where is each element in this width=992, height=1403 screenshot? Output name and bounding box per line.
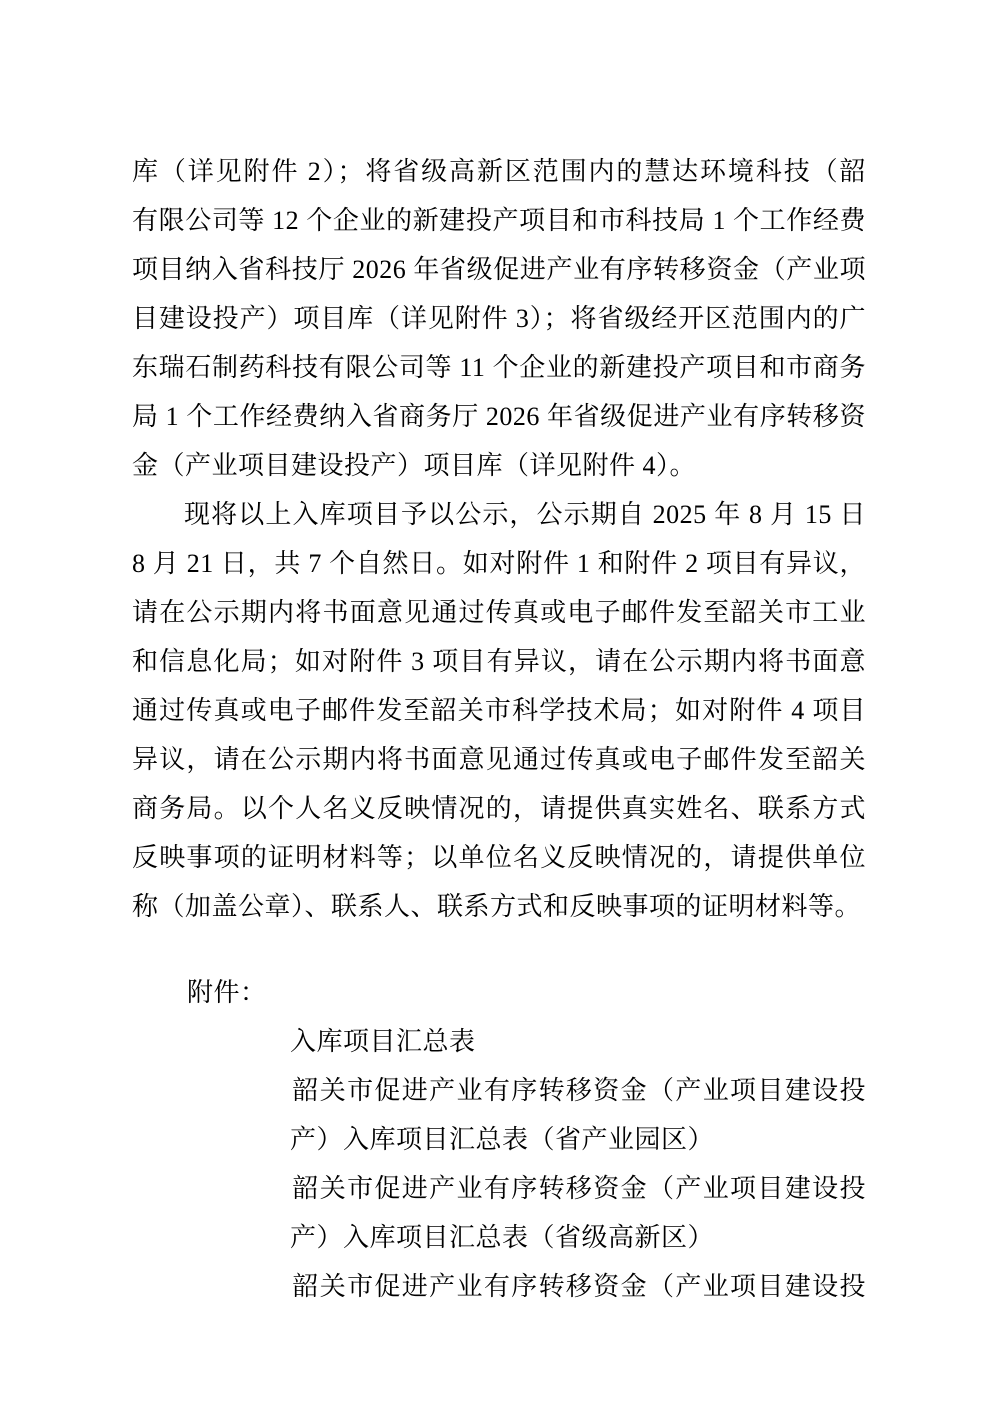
attachment-item-2: 2.韶关市促进产业有序转移资金（产业项目建设投 产）入库项目汇总表（省产业园区） xyxy=(290,1066,866,1164)
text-line: 产）入库项目汇总表（省级高新区） xyxy=(290,1213,866,1262)
text-line: 异议，请在公示期内将书面意见通过传真或电子邮件发至韶关市 xyxy=(132,735,866,784)
text-line: 库（详见附件 2）；将省级高新区范围内的慧达环境科技（韶关） xyxy=(132,147,866,196)
text-line: 东瑞石制药科技有限公司等 11 个企业的新建投产项目和市商务 xyxy=(132,343,866,392)
text-line: 4.韶关市促进产业有序转移资金（产业项目建设投 xyxy=(290,1262,866,1311)
document-page: 库（详见附件 2）；将省级高新区范围内的慧达环境科技（韶关） 有限公司等 12 … xyxy=(0,0,992,1403)
text-line: 局 1 个工作经费纳入省商务厅 2026 年省级促进产业有序转移资 xyxy=(132,392,866,441)
attachment-text: 韶关市促进产业有序转移资金（产业项目建设投 xyxy=(292,1174,867,1203)
attachment-list: 附件： 1.韶关市促进产业有序转移资金（主平台融资奖励） 入库项目汇总表 2.韶… xyxy=(132,968,866,1311)
text-line: 有限公司等 12 个企业的新建投产项目和市科技局 1 个工作经费 xyxy=(132,196,866,245)
paragraph-public-notice: 现将以上入库项目予以公示，公示期自 2025 年 8 月 15 日至 8 月 2… xyxy=(132,490,866,931)
attachment-item-4: 4.韶关市促进产业有序转移资金（产业项目建设投 xyxy=(290,1262,866,1311)
attachment-number: 1. xyxy=(290,978,292,1007)
attachment-label: 附件： xyxy=(187,968,267,1017)
text-line: 请在公示期内将书面意见通过传真或电子邮件发至韶关市工业 xyxy=(132,588,866,637)
text-line: 入库项目汇总表 xyxy=(290,1017,866,1066)
attachment-text: 韶关市促进产业有序转移资金（产业项目建设投 xyxy=(292,1076,867,1105)
attachment-text: 韶关市促进产业有序转移资金（产业项目建设投 xyxy=(292,1272,867,1301)
attachment-item-3: 3.韶关市促进产业有序转移资金（产业项目建设投 产）入库项目汇总表（省级高新区） xyxy=(290,1164,866,1262)
text-line: 目建设投产）项目库（详见附件 3）；将省级经开区范围内的广 xyxy=(132,294,866,343)
text-line: 8 月 21 日，共 7 个自然日。如对附件 1 和附件 2 项目有异议， xyxy=(132,539,866,588)
document-content: 库（详见附件 2）；将省级高新区范围内的慧达环境科技（韶关） 有限公司等 12 … xyxy=(132,147,866,1311)
text-line: 项目纳入省科技厅 2026 年省级促进产业有序转移资金（产业项 xyxy=(132,245,866,294)
text-line: 称（加盖公章）、联系人、联系方式和反映事项的证明材料等。 xyxy=(132,882,866,931)
text-line: 反映事项的证明材料等；以单位名义反映情况的，请提供单位名 xyxy=(132,833,866,882)
attachment-item-1: 1.韶关市促进产业有序转移资金（主平台融资奖励） 入库项目汇总表 xyxy=(290,968,866,1066)
text-line: 商务局。以个人名义反映情况的，请提供真实姓名、联系方式和 xyxy=(132,784,866,833)
text-line: 通过传真或电子邮件发至韶关市科学技术局；如对附件 4 项目有 xyxy=(132,686,866,735)
text-line: 产）入库项目汇总表（省产业园区） xyxy=(290,1115,866,1164)
text-line: 和信息化局；如对附件 3 项目有异议，请在公示期内将书面意见 xyxy=(132,637,866,686)
paragraph-continuation: 库（详见附件 2）；将省级高新区范围内的慧达环境科技（韶关） 有限公司等 12 … xyxy=(132,147,866,490)
text-line: 2.韶关市促进产业有序转移资金（产业项目建设投 xyxy=(290,1066,866,1115)
text-line: 金（产业项目建设投产）项目库（详见附件 4）。 xyxy=(132,441,866,490)
text-line: 现将以上入库项目予以公示，公示期自 2025 年 8 月 15 日至 xyxy=(132,490,866,539)
text-line: 1.韶关市促进产业有序转移资金（主平台融资奖励） xyxy=(290,968,866,1017)
text-line: 3.韶关市促进产业有序转移资金（产业项目建设投 xyxy=(290,1164,866,1213)
